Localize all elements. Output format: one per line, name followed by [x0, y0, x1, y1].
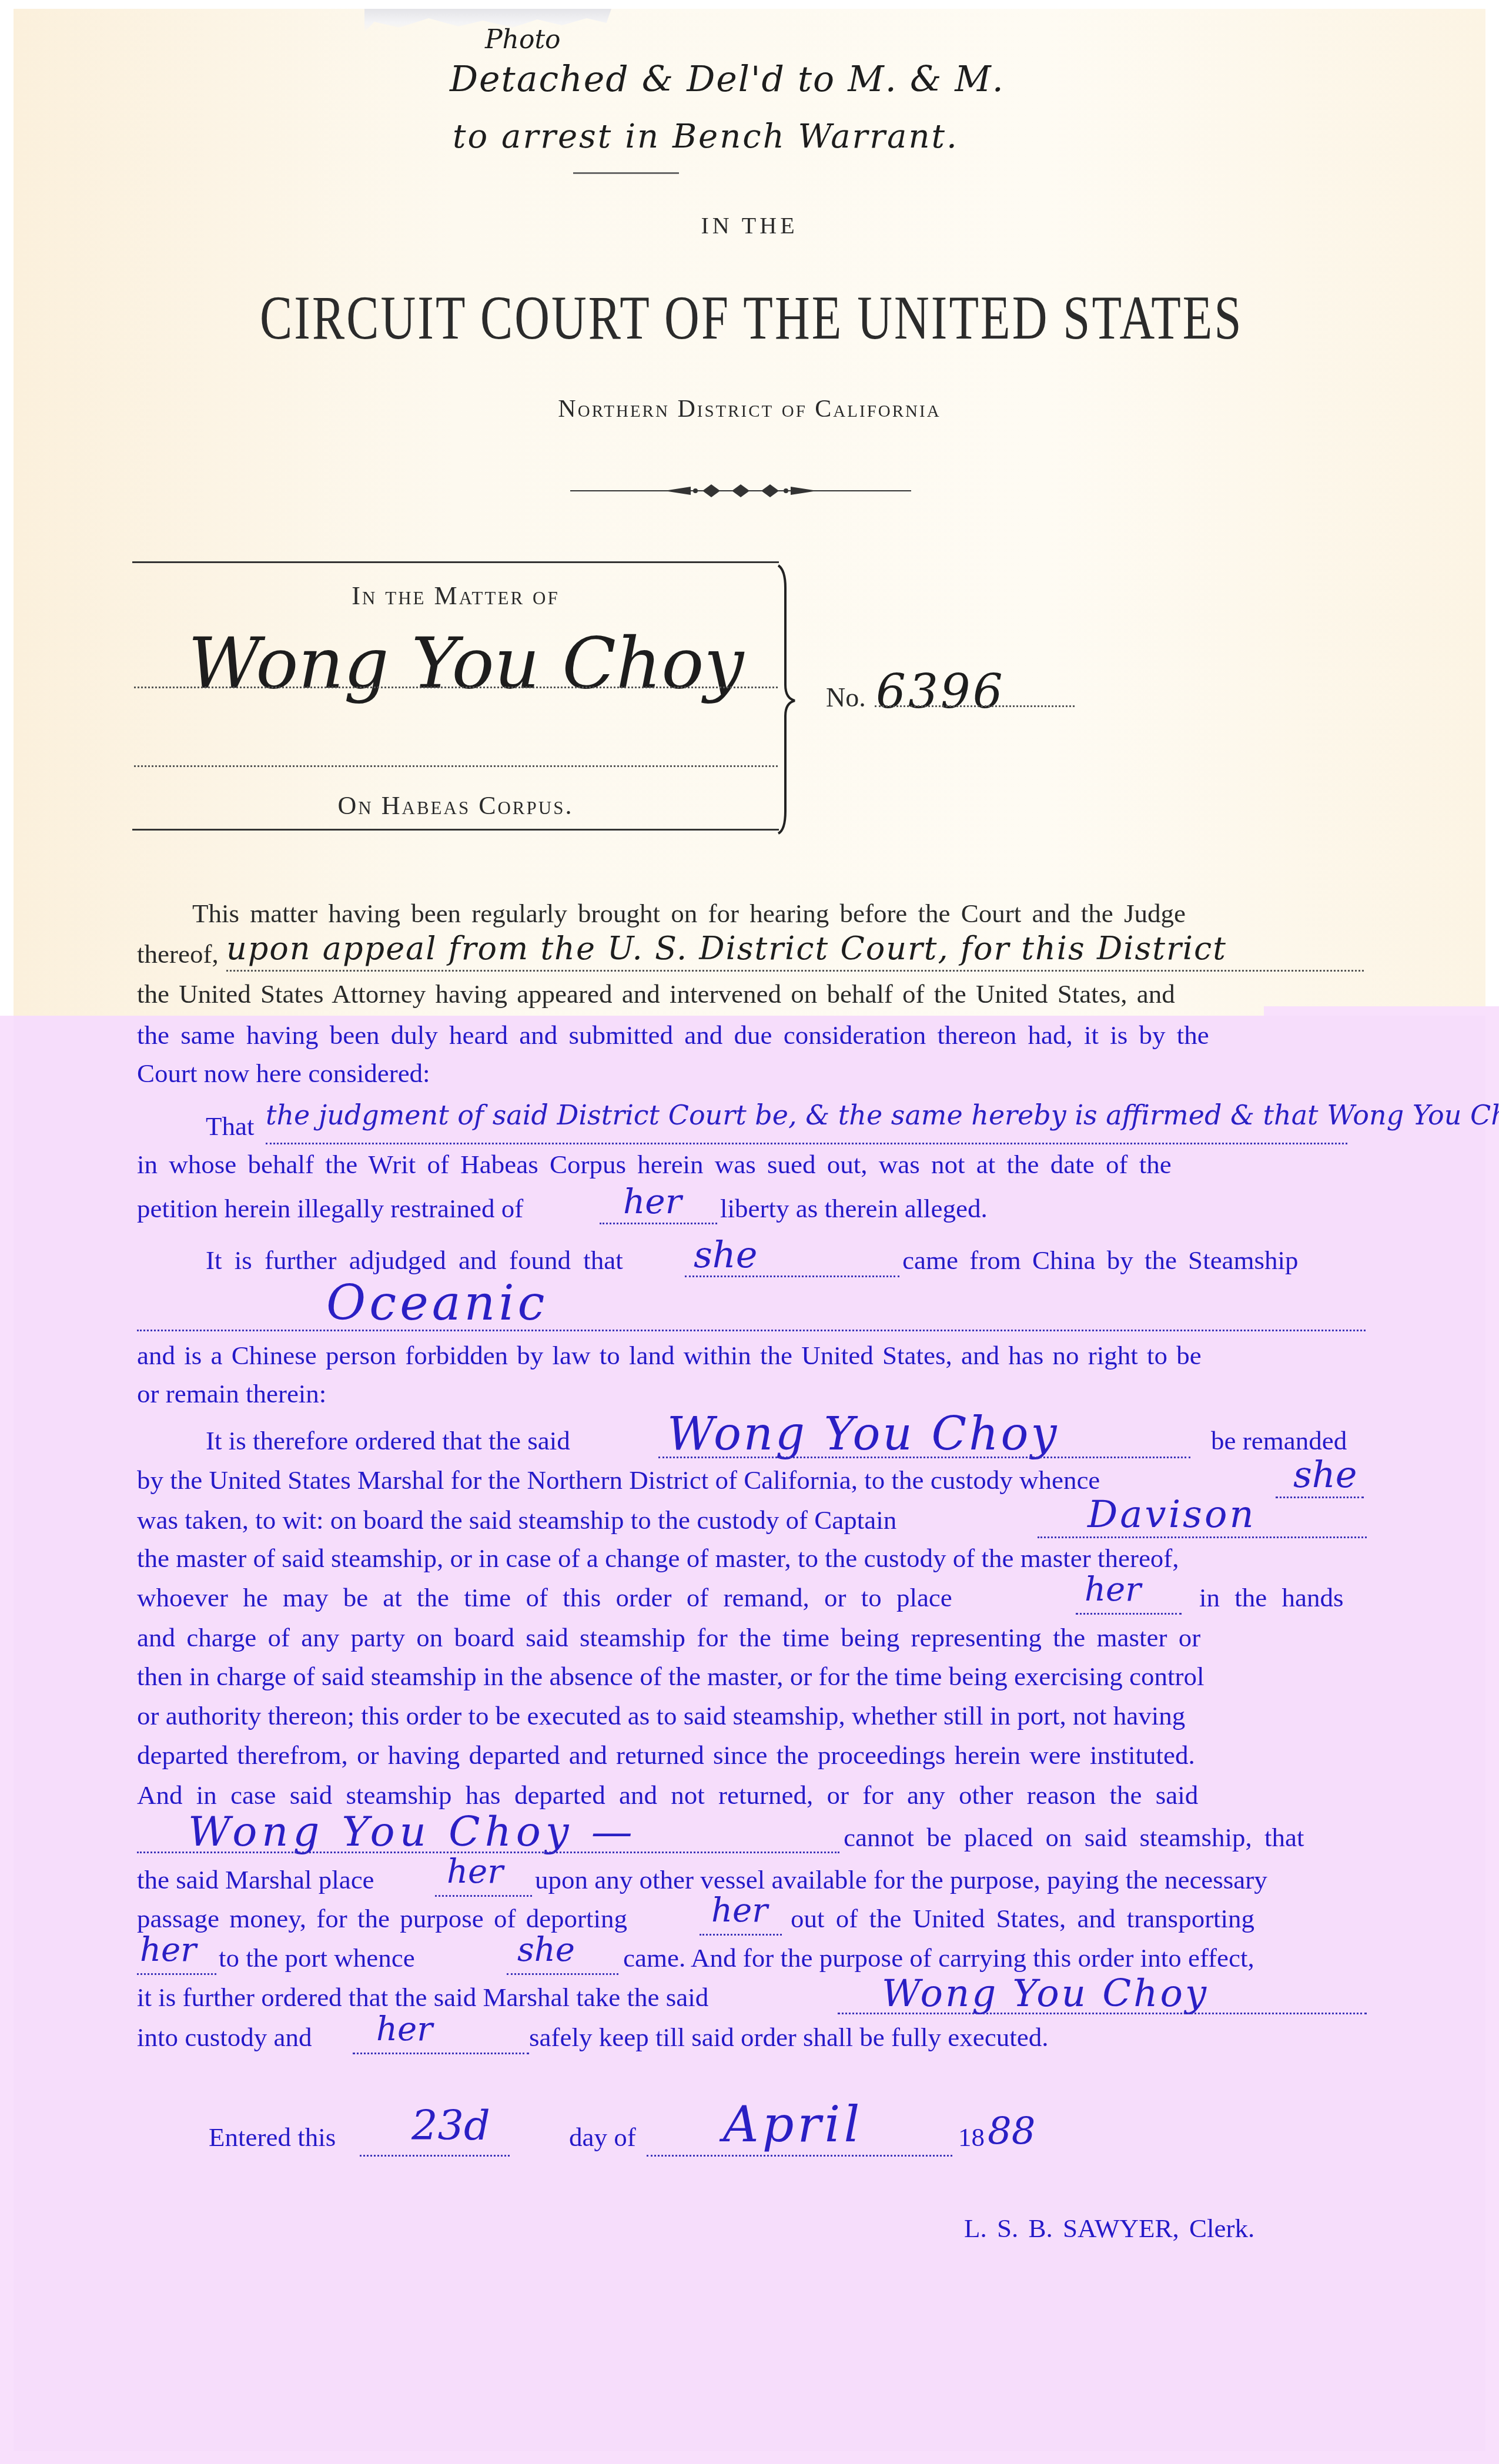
- body-p4-line3: was taken, to wit: on board the said ste…: [137, 1505, 896, 1535]
- day-of-label: day of: [569, 2122, 636, 2152]
- annotation-line-2: Detached & Del'd to M. & M.: [450, 59, 1005, 100]
- entry-day-line: [360, 2155, 510, 2157]
- body-p2-pronoun-line: [600, 1223, 717, 1224]
- body-p4-line16a: into custody and: [137, 2022, 312, 2053]
- body-p2-line2: in whose behalf the Writ of Habeas Corpu…: [137, 1149, 1172, 1180]
- body-p2-handwritten[interactable]: the judgment of said District Court be, …: [266, 1099, 1499, 1131]
- in-the-matter-of-label: In the Matter of: [132, 581, 779, 611]
- body-p4-pronoun1-line: [1276, 1497, 1364, 1498]
- body-p2-line3b: liberty as therein alleged.: [720, 1193, 988, 1224]
- body-p4-line14b: came. And for the purpose of carrying th…: [623, 1943, 1254, 1973]
- body-p4-name3[interactable]: Wong You Choy: [882, 1972, 1209, 2016]
- body-p2-fill-line: [266, 1143, 1347, 1144]
- body-p4-pronoun3-line: [435, 1895, 532, 1897]
- body-p4-line11b: cannot be placed on said steamship, that: [844, 1822, 1304, 1853]
- body-p4-name-line: [658, 1457, 1190, 1458]
- body-p4-line10: And in case said steamship has departed …: [137, 1780, 1198, 1810]
- body-p1-line3: the United States Attorney having appear…: [137, 979, 1175, 1009]
- case-number-label: No.: [826, 682, 866, 713]
- body-p4-line14a: to the port whence: [219, 1943, 415, 1973]
- body-p1-thereof: thereof,: [137, 939, 219, 969]
- body-p4-line2: by the United States Marshal for the Nor…: [137, 1465, 1100, 1495]
- body-p1-handwritten[interactable]: upon appeal from the U. S. District Cour…: [226, 930, 1227, 967]
- body-p4-name3-line: [838, 2013, 1367, 2014]
- body-p4-line5a: whoever he may be at the time of this or…: [137, 1582, 952, 1613]
- entry-year-prefix: 18: [958, 2122, 985, 2152]
- body-p1-line5: Court now here considered:: [137, 1058, 430, 1089]
- body-p4-line7: then in charge of said steamship in the …: [137, 1661, 1204, 1692]
- body-p3-line1b: came from China by the Steamship: [902, 1245, 1299, 1275]
- body-p4-pronoun6[interactable]: she: [517, 1931, 575, 1969]
- body-p4-pronoun6-line: [507, 1973, 618, 1975]
- body-p4-line8: or authority thereon; this order to be e…: [137, 1700, 1185, 1731]
- entry-day[interactable]: 23d: [411, 2101, 490, 2150]
- body-p2-pronoun[interactable]: her: [623, 1181, 681, 1221]
- body-p1-line1: This matter having been regularly brough…: [192, 898, 1186, 929]
- case-number[interactable]: 6396: [876, 664, 1005, 719]
- entry-month-line: [647, 2155, 952, 2157]
- body-p4-name[interactable]: Wong You Choy: [667, 1408, 1059, 1461]
- petitioner-name-line: [134, 687, 778, 688]
- caption-bottom-rule: [132, 829, 779, 831]
- clerk-signature: L. S. B. SAWYER, Clerk.: [964, 2213, 1254, 2244]
- body-p4-pronoun7-line: [353, 2053, 529, 2054]
- body-p4-pronoun3[interactable]: her: [447, 1853, 503, 1891]
- body-p1-line4: the same having been duly heard and subm…: [137, 1020, 1209, 1050]
- case-number-line: [875, 705, 1075, 707]
- body-p4-pronoun1[interactable]: she: [1293, 1453, 1357, 1496]
- body-p4-pronoun2-line: [1076, 1613, 1182, 1615]
- body-p4-line13a: passage money, for the purpose of deport…: [137, 1903, 627, 1934]
- body-p4-captain[interactable]: Davison: [1088, 1493, 1256, 1536]
- body-p3-steamship[interactable]: Oceanic: [326, 1275, 548, 1331]
- entry-year-suffix[interactable]: 88: [988, 2110, 1035, 2154]
- caption-brace: [776, 564, 799, 835]
- body-p4-name2[interactable]: Wong You Choy —: [188, 1807, 637, 1856]
- body-p4-pronoun7[interactable]: her: [376, 2010, 433, 2048]
- body-p3-line1a: It is further adjudged and found that: [206, 1245, 623, 1275]
- ornament-divider: [570, 483, 911, 498]
- on-habeas-corpus-label: On Habeas Corpus.: [132, 791, 779, 821]
- caption-blank-line: [134, 765, 778, 767]
- body-p4-pronoun5[interactable]: her: [140, 1931, 196, 1969]
- body-p4-pronoun2[interactable]: her: [1085, 1571, 1141, 1609]
- body-p4-line1b: be remanded: [1211, 1425, 1347, 1456]
- header-in-the: IN THE: [0, 212, 1499, 239]
- body-p4-line1a: It is therefore ordered that the said: [206, 1425, 570, 1456]
- annotation-line-3: to arrest in Bench Warrant.: [453, 118, 959, 156]
- caption-top-rule: [132, 561, 779, 563]
- body-p3-pronoun[interactable]: she: [694, 1233, 757, 1276]
- body-p3-steamship-line: [137, 1330, 1366, 1331]
- body-p4-line15a: it is further ordered that the said Mars…: [137, 1982, 708, 2013]
- entry-month[interactable]: April: [723, 2095, 863, 2153]
- court-title: CIRCUIT COURT OF THE UNITED STATES: [167, 282, 1336, 354]
- body-p4-line4: the master of said steamship, or in case…: [137, 1543, 1179, 1574]
- tint-overlay-paper: [14, 1016, 1485, 2451]
- body-p1-fill-line: [226, 970, 1364, 972]
- district-name: Northern District of California: [0, 395, 1499, 423]
- entered-this-label: Entered this: [209, 2122, 336, 2152]
- body-p4-line9: departed therefrom, or having departed a…: [137, 1740, 1195, 1770]
- body-p4-line13b: out of the United States, and transporti…: [791, 1903, 1254, 1934]
- body-p4-pronoun4-line: [700, 1934, 782, 1936]
- body-p2-that: That: [206, 1111, 254, 1141]
- body-p4-line5b: in the hands: [1199, 1582, 1343, 1613]
- paper-aged-tone: [14, 9, 1485, 1016]
- body-p4-line16b: safely keep till said order shall be ful…: [529, 2022, 1048, 2053]
- annotation-line-1: Photo: [485, 25, 561, 55]
- body-p4-line6: and charge of any party on board said st…: [137, 1622, 1200, 1653]
- body-p4-pronoun5-line: [137, 1973, 216, 1975]
- body-p2-line3a: petition herein illegally restrained of: [137, 1193, 523, 1224]
- petitioner-name[interactable]: Wong You Choy: [188, 623, 744, 705]
- body-p3-line3: and is a Chinese person forbidden by law…: [137, 1340, 1202, 1371]
- body-p4-line12b: upon any other vessel available for the …: [535, 1864, 1267, 1895]
- body-p3-pronoun-line: [685, 1275, 899, 1277]
- body-p4-captain-line: [1038, 1536, 1367, 1538]
- body-p4-pronoun4[interactable]: her: [711, 1891, 768, 1930]
- body-p4-line12a: the said Marshal place: [137, 1864, 374, 1895]
- body-p3-line4: or remain therein:: [137, 1378, 326, 1409]
- annotation-underline: [573, 172, 679, 174]
